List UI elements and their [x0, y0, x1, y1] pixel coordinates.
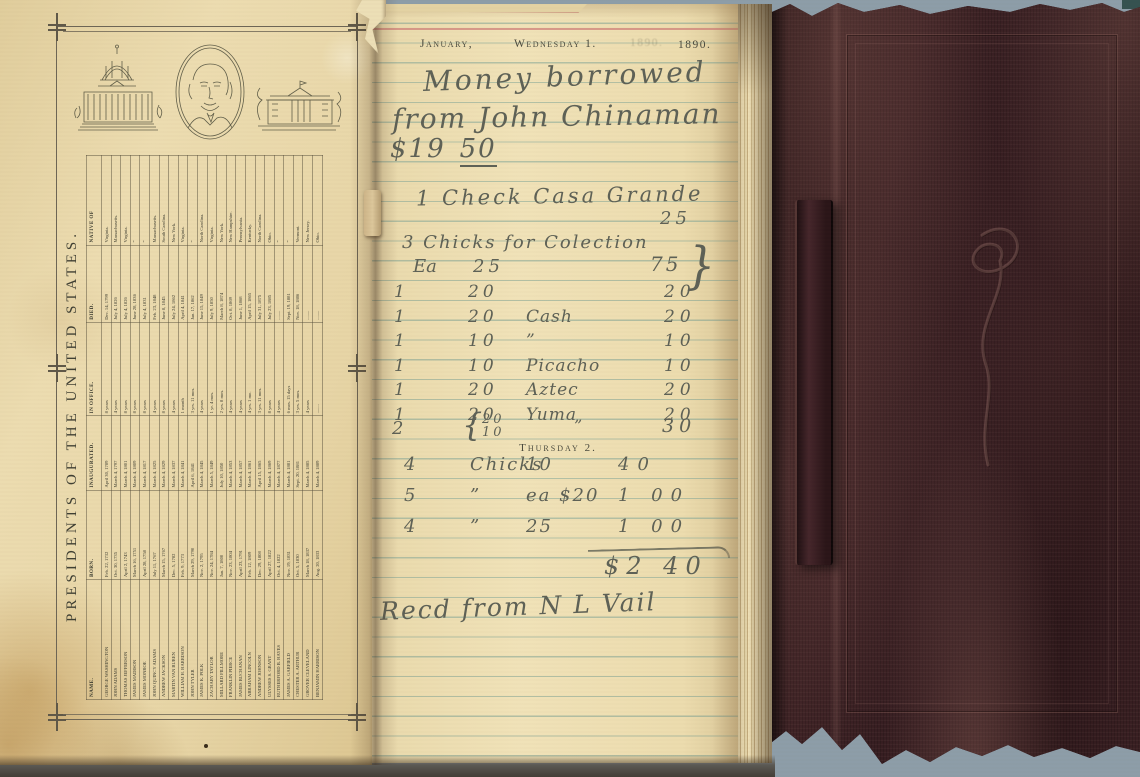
cell-born: Jan. 7, 1800 [217, 490, 227, 579]
binding-tab [364, 190, 381, 236]
ledger-rate: 20 [468, 380, 498, 400]
cell-in-office: ........ [313, 322, 323, 416]
table-row: James Monroe April 28, 1758 March 4, 181… [140, 156, 150, 700]
table-row: Thomas Jefferson April 2, 1743 March 4, … [121, 156, 131, 700]
handwritten-note-line2: from John Chinaman [392, 97, 722, 136]
col-in-office: IN OFFICE. [87, 322, 102, 416]
cell-born: Nov. 23, 1804 [226, 490, 236, 579]
ledger-place: ” [526, 331, 536, 351]
cell-in-office: 3 yrs. 5 mos. [293, 322, 303, 416]
ledger-amount: 30 [662, 415, 696, 437]
page-fore-edges [738, 4, 772, 763]
total-amount: $2 40 [604, 552, 708, 580]
table-row: Ulysses S. Grant April 27, 1822 March 4,… [265, 156, 275, 700]
col-born: BORN. [87, 490, 102, 579]
table-row: Zachary Taylor Nov. 24, 1784 March 5, 18… [207, 156, 217, 700]
header-year: 1890. [678, 39, 711, 51]
cell-born: Nov. 24, 1784 [207, 490, 217, 579]
cell-native-of: Ohio. [265, 156, 275, 246]
cell-in-office: 2 yrs. 8 mos. [217, 322, 227, 416]
cell-in-office: 4 years [169, 322, 179, 416]
cell-born: July 11, 1767 [149, 490, 159, 579]
ledger-rate: 10 [526, 454, 553, 475]
ledger-rate-bottom: 10 [482, 425, 505, 440]
braced-amount: 75 [650, 252, 681, 276]
cell-inaugurated: March 4, 1845 [197, 416, 207, 490]
table-row: Andrew Jackson March 15, 1767 March 4, 1… [159, 156, 169, 700]
cell-born: Nov. 2, 1795 [197, 490, 207, 579]
cell-born: March 18, 1837 [303, 490, 313, 579]
ledger-row: 1 10 ” 10 [378, 331, 738, 356]
borrowed-amount: $1950 [390, 134, 497, 164]
ledger-amount: 1 00 [618, 516, 690, 537]
presidents-table-title: PRESIDENTS OF THE UNITED STATES. [60, 152, 86, 700]
cell-name: Ulysses S. Grant [265, 580, 275, 700]
cell-in-office: 4 years [303, 322, 313, 416]
cell-inaugurated: March 4, 1809 [130, 416, 140, 490]
cell-inaugurated: March 4, 1829 [159, 416, 169, 490]
ledger-qty: 4 [404, 454, 415, 475]
cell-inaugurated: March 4, 1837 [169, 416, 179, 490]
cell-name: Benjamin Harrison [313, 580, 323, 700]
cell-native-of: Ohio. [313, 156, 323, 246]
table-row: James Buchanan April 23, 1791 March 4, 1… [236, 156, 246, 700]
cell-inaugurated: March 4, 1861 [245, 416, 255, 490]
handwritten-note-line1: Money borrowed [423, 55, 708, 98]
cell-name: Millard Fillmore [217, 580, 227, 700]
table-row: Grover Cleveland March 18, 1837 March 4,… [303, 156, 313, 700]
cell-in-office: 4 years [226, 322, 236, 416]
spine-shadow [772, 0, 788, 777]
cell-born: Feb. 22, 1732 [102, 490, 112, 579]
cell-name: James K. Polk [197, 580, 207, 700]
cell-name: Rutherford B. Hayes [274, 580, 284, 700]
cell-in-office: 4 years [197, 322, 207, 416]
cell-native-of: Vermont. [293, 156, 303, 246]
ledger-row: 4 ” 25 1 00 [378, 516, 738, 547]
scanner-background-corner [1122, 0, 1140, 9]
ledger-row: 5 ” ea $20 1 00 [378, 485, 738, 516]
table-row: Abraham Lincoln Feb. 12, 1809 March 4, 1… [245, 156, 255, 700]
cell-died: April 15, 1865 [245, 245, 255, 322]
ledger-desc: ” [470, 485, 481, 506]
cell-in-office: 8 years [159, 322, 169, 416]
cell-died: July 24, 1862 [169, 245, 179, 322]
cell-born: April 28, 1758 [140, 490, 150, 579]
script-flourish-emboss-icon [912, 215, 1062, 515]
entry-chicks-collection: 3 Chicks for Colection [402, 232, 649, 253]
thursday-rows: 4 Chicks 10 40 5 ” ea $20 1 00 4 [378, 454, 738, 547]
table-row: James Madison March 16, 1751 March 4, 18… [130, 156, 140, 700]
ledger-row: 1 20 Aztec 20 [378, 380, 738, 405]
col-inaugurated: INAUGURATED. [87, 416, 102, 490]
cell-in-office: 1 yr. 4 mos. [207, 322, 217, 416]
ledger-row: 1 20 20 [378, 282, 738, 307]
cell-in-office: 1 month [178, 322, 188, 416]
cell-name: James A. Garfield [284, 580, 294, 700]
cell-died: ........ [303, 245, 313, 322]
ledger-place: Aztec [526, 380, 579, 400]
leather-clasp-strap [795, 200, 833, 565]
each-label: Ea [413, 256, 437, 277]
cell-inaugurated: March 4, 1885 [303, 416, 313, 490]
cell-native-of: ” [284, 156, 294, 246]
cell-name: Andrew Johnson [255, 580, 265, 700]
col-died: DIED. [87, 245, 102, 322]
cell-native-of: ” [274, 156, 284, 246]
cell-died: June 15, 1849 [197, 245, 207, 322]
cell-in-office: 4 yrs. 1 mo. [245, 322, 255, 416]
table-row: John Tyler March 29, 1790 April 6, 1841 … [188, 156, 198, 700]
ledger-qty: 4 [404, 516, 415, 537]
cell-native-of: ” [140, 156, 150, 246]
ledger-rate: 10 [468, 356, 498, 376]
cell-born: Dec. 29, 1808 [255, 490, 265, 579]
cell-died: July 4, 1826 [121, 245, 131, 322]
table-row: Benjamin Harrison Aug. 20, 1833 March 4,… [313, 156, 323, 700]
ledger-rows: 1 20 20 1 20 Cash 20 1 10 [378, 282, 738, 429]
cell-born: Oct. 30, 1735 [111, 490, 121, 579]
cell-born: Dec. 5, 1782 [169, 490, 179, 579]
cell-died: April 4, 1841 [178, 245, 188, 322]
cell-died: ........ [274, 245, 284, 322]
cell-in-office: 4 years [149, 322, 159, 416]
cell-native-of: North Carolina. [255, 156, 265, 246]
us-capitol-icon [75, 45, 162, 130]
cell-inaugurated: March 4, 1841 [178, 416, 188, 490]
ledger-amount: 20 [664, 380, 696, 400]
cell-native-of: Virginia. [207, 156, 217, 246]
cell-born: Feb. 9, 1773 [178, 490, 188, 579]
cell-inaugurated: March 4, 1801 [121, 416, 131, 490]
ledger-place: Picacho [526, 356, 600, 376]
opening-brace: { [462, 406, 482, 444]
ghost-year-offset: 1890. [630, 37, 663, 49]
cell-in-office: 6 mos. 15 days [284, 322, 294, 416]
ledger-row: 1 10 Picacho 10 [378, 356, 738, 381]
cell-died: Feb. 23, 1848 [149, 245, 159, 322]
table-row: James A. Garfield Nov. 19, 1831 March 4,… [284, 156, 294, 700]
table-row: Millard Fillmore Jan. 7, 1800 July 10, 1… [217, 156, 227, 700]
cell-died: March 8, 1874 [217, 245, 227, 322]
cell-inaugurated: March 4, 1853 [226, 416, 236, 490]
cell-inaugurated: March 4, 1877 [274, 416, 284, 490]
cell-died: July 9, 1850 [207, 245, 217, 322]
cell-inaugurated: March 4, 1869 [265, 416, 275, 490]
cell-native-of: New York. [217, 156, 227, 246]
cell-name: Martin Van Buren [169, 580, 179, 700]
ledger-qty: 5 [404, 485, 415, 506]
cell-native-of: North Carolina. [197, 156, 207, 246]
ledger-desc: ” [470, 516, 481, 537]
col-native-of: NATIVE OF [87, 156, 102, 246]
ledger-amount: 40 [618, 454, 657, 475]
ledger-place: Cash [526, 307, 573, 327]
cell-born: April 23, 1791 [236, 490, 246, 579]
cell-in-office: 4 years [236, 322, 246, 416]
cell-born: Oct. 4, 1822 [274, 490, 284, 579]
cell-inaugurated: July 10, 1850 [217, 416, 227, 490]
cell-name: Franklin Pierce [226, 580, 236, 700]
cell-name: John Quincy Adams [149, 580, 159, 700]
ledger-row-braced: 2 { 20 10 ” 30 [378, 414, 738, 444]
foxing-speck [204, 744, 208, 748]
ledger-rate: 20 [468, 282, 498, 302]
cell-native-of: New Hampshire. [226, 156, 236, 246]
thursday-header: Thursday 2. [378, 442, 738, 454]
cell-in-office: 8 years [265, 322, 275, 416]
cell-in-office: 8 years [140, 322, 150, 416]
presidents-header-row: NAME. BORN. INAUGURATED. IN OFFICE. DIED… [87, 156, 102, 700]
cell-name: Chester A. Arthur [293, 580, 303, 700]
ledger-rate: 25 [526, 516, 553, 537]
table-row: William H. Harrison Feb. 9, 1773 March 4… [178, 156, 188, 700]
cell-born: April 27, 1822 [265, 490, 275, 579]
ledger-amount: 20 [664, 282, 696, 302]
cell-died: June 1, 1868 [236, 245, 246, 322]
cell-name: John Adams [111, 580, 121, 700]
cell-in-office: 4 years [111, 322, 121, 416]
cell-native-of: New Jersey. [303, 156, 313, 246]
cell-inaugurated: March 4, 1797 [111, 416, 121, 490]
table-row: Franklin Pierce Nov. 23, 1804 March 4, 1… [226, 156, 236, 700]
entry-check-casa-grande: 1 Check Casa Grande [416, 181, 704, 210]
cell-native-of: ” [130, 156, 140, 246]
cell-name: James Buchanan [236, 580, 246, 700]
each-rate: 25 [473, 256, 504, 277]
presidents-table-rotated: PRESIDENTS OF THE UNITED STATES. NAME. B… [60, 152, 352, 700]
table-row: George Washington Feb. 22, 1732 April 30… [102, 156, 112, 700]
cell-native-of: Virginia. [178, 156, 188, 246]
cell-died: Oct. 8, 1869 [226, 245, 236, 322]
cell-born: April 2, 1743 [121, 490, 131, 579]
right-page: January, Wednesday 1. 1890. 1890. Money … [372, 4, 738, 763]
cell-native-of: Kentucky. [245, 156, 255, 246]
cell-name: James Madison [130, 580, 140, 700]
cell-born: March 16, 1751 [130, 490, 140, 579]
cell-died: July 31, 1875 [255, 245, 265, 322]
gutter-shadow [350, 0, 398, 765]
cell-born: Aug. 20, 1833 [313, 490, 323, 579]
cell-born: Nov. 19, 1831 [284, 490, 294, 579]
table-row: John Quincy Adams July 11, 1767 March 4,… [149, 156, 159, 700]
cell-name: Zachary Taylor [207, 580, 217, 700]
cell-name: Grover Cleveland [303, 580, 313, 700]
cell-inaugurated: March 5, 1849 [207, 416, 217, 490]
table-row: John Adams Oct. 30, 1735 March 4, 1797 4… [111, 156, 121, 700]
cell-name: Thomas Jefferson [121, 580, 131, 700]
table-row: Chester A. Arthur Oct. 5, 1830 Sept. 20,… [293, 156, 303, 700]
ledger-rate: 10 [468, 331, 498, 351]
cell-native-of: Pennsylvania. [236, 156, 246, 246]
presidents-table: NAME. BORN. INAUGURATED. IN OFFICE. DIED… [86, 155, 323, 700]
corner-ornament-icon [48, 16, 66, 40]
ledger-rate: ea $20 [526, 485, 599, 506]
cell-inaugurated: March 4, 1817 [140, 416, 150, 490]
bottom-shadow [0, 755, 775, 777]
amount-cents: 50 [460, 134, 497, 167]
cell-native-of: South Carolina. [159, 156, 169, 246]
cell-born: Feb. 12, 1809 [245, 490, 255, 579]
cell-inaugurated: April 6, 1841 [188, 416, 198, 490]
cell-inaugurated: April 30, 1789 [102, 416, 112, 490]
washington-portrait-icon [176, 45, 244, 139]
cell-in-office: 3 yrs. 11 mos. [255, 322, 265, 416]
table-row: Rutherford B. Hayes Oct. 4, 1822 March 4… [274, 156, 284, 700]
cell-died: Dec. 14, 1799 [102, 245, 112, 322]
ledger-rate: 20 [468, 307, 498, 327]
cell-in-office: 8 years [130, 322, 140, 416]
ledger-amount: 1 00 [618, 485, 690, 506]
cell-native-of: Massachusetts. [149, 156, 159, 246]
cell-died: Sept. 19, 1881 [284, 245, 294, 322]
cell-died: July 4, 1826 [111, 245, 121, 322]
entry-check-amount: 25 [660, 208, 691, 229]
ledger-place: ” [574, 416, 582, 435]
header-month: January, [420, 38, 473, 50]
cell-name: John Tyler [188, 580, 198, 700]
cell-inaugurated: March 4, 1825 [149, 416, 159, 490]
cell-inaugurated: April 15, 1865 [255, 416, 265, 490]
cell-died: Nov. 18, 1886 [293, 245, 303, 322]
cell-name: William H. Harrison [178, 580, 188, 700]
cell-died: June 8, 1845 [159, 245, 169, 322]
table-row: James K. Polk Nov. 2, 1795 March 4, 1845… [197, 156, 207, 700]
cell-died: July 4, 1831 [140, 245, 150, 322]
cell-native-of: ” [188, 156, 198, 246]
diary-photo: PRESIDENTS OF THE UNITED STATES. NAME. B… [0, 0, 1140, 777]
cell-inaugurated: March 4, 1889 [313, 416, 323, 490]
cell-inaugurated: March 4, 1881 [284, 416, 294, 490]
corner-ornament-icon [48, 706, 66, 730]
cell-in-office: 3 yrs. 11 mos. [188, 322, 198, 416]
header-day: Wednesday 1. [514, 38, 597, 50]
cell-died: ........ [313, 245, 323, 322]
white-house-icon [257, 81, 340, 130]
ledger-amount: 10 [664, 356, 696, 376]
received-note: Recd from N L Vail [380, 587, 657, 626]
cell-born: March 15, 1767 [159, 490, 169, 579]
cell-in-office: 4 years [274, 322, 284, 416]
presidents-table-body: George Washington Feb. 22, 1732 April 30… [102, 156, 323, 700]
ledger-row: 4 Chicks 10 40 [378, 454, 738, 485]
left-page: PRESIDENTS OF THE UNITED STATES. NAME. B… [0, 0, 372, 765]
cell-name: Abraham Lincoln [245, 580, 255, 700]
ledger-amount: 10 [664, 331, 696, 351]
cell-born: Oct. 5, 1830 [293, 490, 303, 579]
cell-native-of: New York. [169, 156, 179, 246]
cell-died: June 28, 1836 [130, 245, 140, 322]
cell-died: July 23, 1885 [265, 245, 275, 322]
back-cover [772, 0, 1140, 777]
ledger-amount: 20 [664, 307, 696, 327]
cell-born: March 29, 1790 [188, 490, 198, 579]
cell-name: Andrew Jackson [159, 580, 169, 700]
cell-inaugurated: Sept. 20, 1881 [293, 416, 303, 490]
cell-name: George Washington [102, 580, 112, 700]
title-engraving [72, 40, 344, 148]
cell-native-of: Massachusetts. [111, 156, 121, 246]
amount-dollars: $19 [390, 134, 446, 164]
cell-native-of: Virginia. [121, 156, 131, 246]
cell-native-of: Virginia. [102, 156, 112, 246]
table-row: Martin Van Buren Dec. 5, 1782 March 4, 1… [169, 156, 179, 700]
table-row: Andrew Johnson Dec. 29, 1808 April 15, 1… [255, 156, 265, 700]
ledger-row: 1 20 Cash 20 [378, 307, 738, 332]
cell-in-office: 8 years [102, 322, 112, 416]
cell-in-office: 8 years [121, 322, 131, 416]
cell-inaugurated: March 4, 1857 [236, 416, 246, 490]
col-name: NAME. [87, 580, 102, 700]
diary-entry-area: January, Wednesday 1. 1890. 1890. Money … [378, 4, 738, 763]
cell-died: Jan. 17, 1862 [188, 245, 198, 322]
cell-name: James Monroe [140, 580, 150, 700]
